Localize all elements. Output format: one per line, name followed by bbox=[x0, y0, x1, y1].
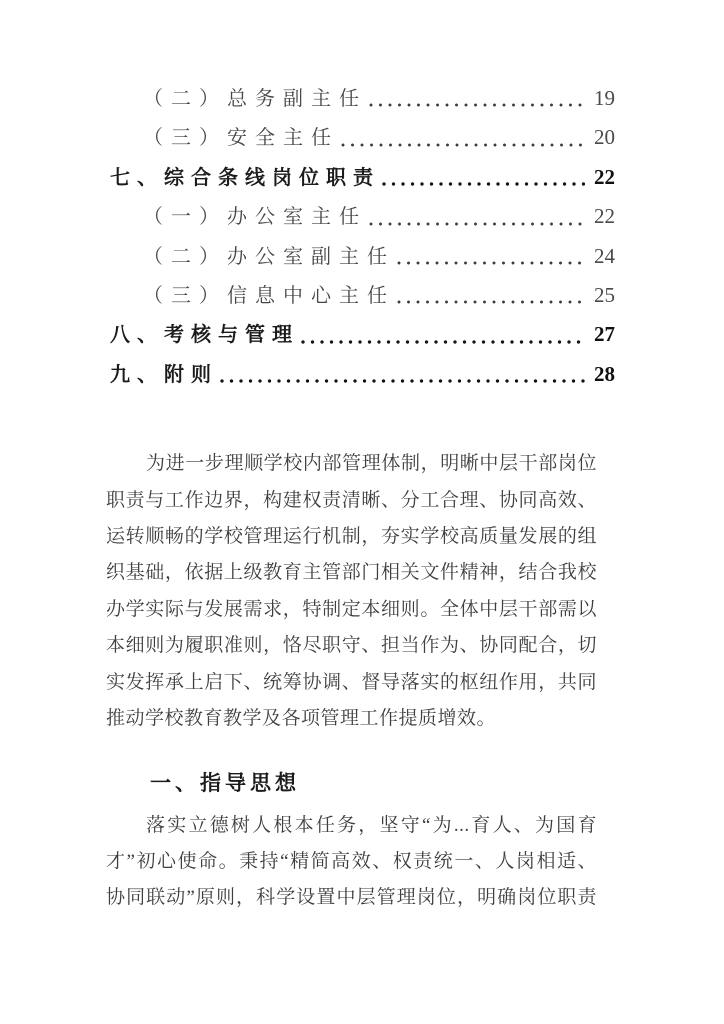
section-heading: 一、指导思想 bbox=[106, 765, 597, 801]
paragraph-line: 落实立德树人根本任务，坚守“为...育人、为国育 bbox=[106, 808, 597, 844]
paragraph-line: 织基础，依据上级教育主管部门相关文件精神，结合我校 bbox=[106, 555, 597, 591]
paragraph-line: 协同联动”原则，科学设置中层管理岗位，明确岗位职责 bbox=[106, 880, 597, 916]
toc-page-number: 22 bbox=[589, 197, 615, 235]
toc-page-number: 20 bbox=[589, 118, 615, 156]
toc-page-number: 25 bbox=[589, 276, 615, 314]
document-page: （二）总务副主任 19 （三）安全主任 20 七、综合条线岗位职责 22 （一）… bbox=[0, 0, 724, 1024]
toc-entry: 八、考核与管理 27 bbox=[110, 315, 615, 354]
dot-leader bbox=[301, 315, 585, 354]
intro-paragraph: 为进一步理顺学校内部管理体制，明晰中层干部岗位 职责与工作边界，构建权责清晰、分… bbox=[106, 446, 597, 737]
paragraph-line: 运转顺畅的学校管理运行机制，夯实学校高质量发展的组 bbox=[106, 519, 597, 555]
toc-entry: （三）安全主任 20 bbox=[110, 118, 615, 157]
toc-entry-label: 九、附则 bbox=[110, 356, 218, 394]
toc-entry: （二）办公室副主任 24 bbox=[110, 237, 615, 276]
toc-entry: （三）信息中心主任 25 bbox=[110, 276, 615, 315]
dot-leader bbox=[369, 79, 585, 118]
toc-page-number: 19 bbox=[589, 79, 615, 117]
dot-leader bbox=[220, 355, 585, 394]
toc-entry-label: （二）总务副主任 bbox=[110, 80, 367, 118]
toc-entry-label: （一）办公室主任 bbox=[110, 198, 367, 236]
dot-leader bbox=[369, 197, 585, 236]
toc-entry: 九、附则 28 bbox=[110, 355, 615, 394]
paragraph-line: 实发挥承上启下、统筹协调、督导落实的枢纽作用，共同 bbox=[106, 665, 597, 701]
dot-leader bbox=[397, 237, 585, 276]
section1-paragraph: 落实立德树人根本任务，坚守“为...育人、为国育 才”初心使命。秉持“精简高效、… bbox=[106, 808, 597, 917]
toc-page-number: 24 bbox=[589, 237, 615, 275]
toc-page-number: 22 bbox=[589, 158, 615, 196]
toc-entry-label: （三）安全主任 bbox=[110, 119, 339, 157]
paragraph-line: 才”初心使命。秉持“精简高效、权责统一、人岗相适、 bbox=[106, 844, 597, 880]
toc-page-number: 27 bbox=[589, 315, 615, 353]
toc-entry-label: （二）办公室副主任 bbox=[110, 238, 395, 276]
paragraph-line: 为进一步理顺学校内部管理体制，明晰中层干部岗位 bbox=[106, 446, 597, 482]
document-body: 为进一步理顺学校内部管理体制，明晰中层干部岗位 职责与工作边界，构建权责清晰、分… bbox=[106, 446, 597, 916]
toc-entry: （一）办公室主任 22 bbox=[110, 197, 615, 236]
dot-leader bbox=[341, 118, 585, 157]
toc-entry-label: 八、考核与管理 bbox=[110, 316, 299, 354]
toc-entry: （二）总务副主任 19 bbox=[110, 79, 615, 118]
paragraph-line: 职责与工作边界，构建权责清晰、分工合理、协同高效、 bbox=[106, 483, 597, 519]
dot-leader bbox=[382, 158, 585, 197]
paragraph-line: 推动学校教育教学及各项管理工作提质增效。 bbox=[106, 701, 597, 737]
toc-page-number: 28 bbox=[589, 355, 615, 393]
paragraph-line: 办学实际与发展需求，特制定本细则。全体中层干部需以 bbox=[106, 592, 597, 628]
toc-entry-label: （三）信息中心主任 bbox=[110, 277, 395, 315]
toc-entry: 七、综合条线岗位职责 22 bbox=[110, 158, 615, 197]
paragraph-line: 本细则为履职准则，恪尽职守、担当作为、协同配合，切 bbox=[106, 628, 597, 664]
table-of-contents: （二）总务副主任 19 （三）安全主任 20 七、综合条线岗位职责 22 （一）… bbox=[0, 0, 724, 394]
dot-leader bbox=[397, 276, 585, 315]
toc-entry-label: 七、综合条线岗位职责 bbox=[110, 159, 380, 197]
